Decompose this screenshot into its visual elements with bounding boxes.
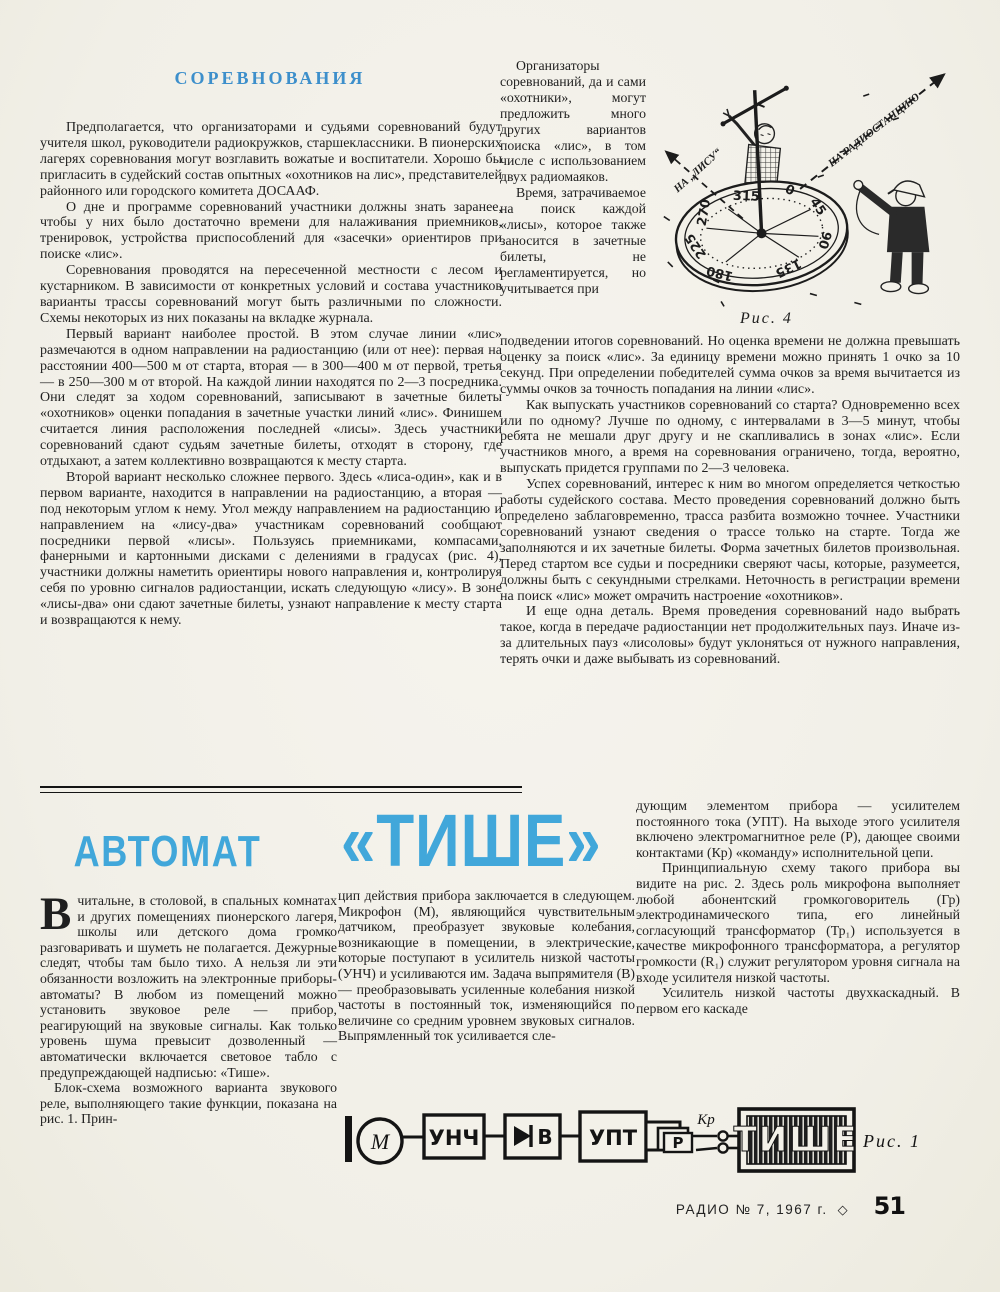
article1-title: СОРЕВНОВАНИЯ xyxy=(40,68,500,89)
paragraph-text: читальне, в столовой, в спальных комната… xyxy=(40,893,337,1080)
figure1-caption: Рис. 1 xyxy=(862,1131,921,1151)
article2-column3: дующим элементом прибора — усилителем по… xyxy=(636,798,960,1016)
paragraph: Второй вариант несколько сложнее первого… xyxy=(40,470,502,629)
paragraph: Усилитель низкой частоты двухкаскадный. … xyxy=(636,985,960,1016)
paragraph: Принципиальную схему такого прибора вы в… xyxy=(636,860,960,985)
compass-disc: 315 0 45 90 135 180 225 270 xyxy=(671,173,853,299)
dropcap-letter: В xyxy=(40,893,77,933)
block-label-unch: УНЧ xyxy=(429,1126,480,1150)
paragraph: Успех соревнований, интерес к ним во мно… xyxy=(500,477,960,604)
article1-full-width-text: подведении итогов соревнований. Но оценк… xyxy=(500,334,960,668)
section-divider-rule xyxy=(40,786,522,793)
block-label-v: В xyxy=(537,1125,552,1149)
paragraph: И еще одна деталь. Время проведения соре… xyxy=(500,604,960,668)
article2-title: АВТОМАТ «ТИШЕ» xyxy=(40,798,640,890)
journal-issue-label: РАДИО № 7, 1967 г. xyxy=(676,1202,828,1217)
article1-right-column: Организаторы соревнований, да и сами «ох… xyxy=(500,58,960,668)
label-na-radiostanciyu: НА РАДИОСТАНЦИЮ xyxy=(825,91,922,171)
block-diagram-drawing: М УНЧ В УПТ Р Кр ТИШЕ Рис. 1 xyxy=(340,1106,960,1190)
title-word-avtomat: АВТОМАТ xyxy=(74,827,262,877)
compass-drawing: 315 0 45 90 135 180 225 270 xyxy=(652,58,960,308)
paragraph: Организаторы соревнований, да и сами «ох… xyxy=(500,58,646,185)
paragraph: цип действия прибора заключается в следу… xyxy=(338,888,635,1044)
label-na-lisu: НА „ЛИСУ“ xyxy=(671,146,725,196)
diamond-icon: ◇ xyxy=(838,1202,848,1218)
display-text-tishe: ТИШЕ xyxy=(734,1120,859,1160)
block-label-r: Р xyxy=(673,1134,684,1152)
figure4-compass-illustration: 315 0 45 90 135 180 225 270 xyxy=(652,58,960,328)
article2-column1: В читальне, в столовой, в спальных комна… xyxy=(40,893,337,1127)
article1-narrow-column: Организаторы соревнований, да и сами «ох… xyxy=(500,58,652,328)
paragraph: Как выпускать участников соревнований со… xyxy=(500,398,960,478)
title-word-tishe: «ТИШЕ» xyxy=(341,798,602,883)
paragraph: Первый вариант наиболее простой. В этом … xyxy=(40,327,502,470)
block-label-upt: УПТ xyxy=(589,1126,638,1150)
dial-315: 315 xyxy=(733,189,760,205)
contact-label-kr: Кр xyxy=(696,1112,715,1128)
figure1-block-diagram: М УНЧ В УПТ Р Кр ТИШЕ Рис. 1 xyxy=(340,1106,960,1190)
paragraph: Предполагается, что организаторами и суд… xyxy=(40,120,502,200)
boy-right-figure xyxy=(854,181,930,294)
paragraph: подведении итогов соревнований. Но оценк… xyxy=(500,334,960,398)
page-number: 51 xyxy=(874,1192,905,1220)
paragraph-with-dropcap: В читальне, в столовой, в спальных комна… xyxy=(40,893,337,1080)
block-label-m: М xyxy=(370,1129,391,1154)
page-footer: РАДИО № 7, 1967 г. ◇ 51 xyxy=(640,1192,960,1220)
paragraph: Соревнования проводятся на пересеченной … xyxy=(40,263,502,327)
article2-column2: цип действия прибора заключается в следу… xyxy=(338,888,635,1044)
paragraph: дующим элементом прибора — усилителем по… xyxy=(636,798,960,860)
paragraph: Время, затрачиваемое на поиск каждой «ли… xyxy=(500,185,646,296)
figure4-caption: Рис. 4 xyxy=(740,310,960,328)
paragraph: О дне и программе соревнований участники… xyxy=(40,200,502,264)
article1-left-column: Предполагается, что организаторами и суд… xyxy=(40,120,502,629)
paragraph: Блок-схема возможного варианта звукового… xyxy=(40,1080,337,1127)
